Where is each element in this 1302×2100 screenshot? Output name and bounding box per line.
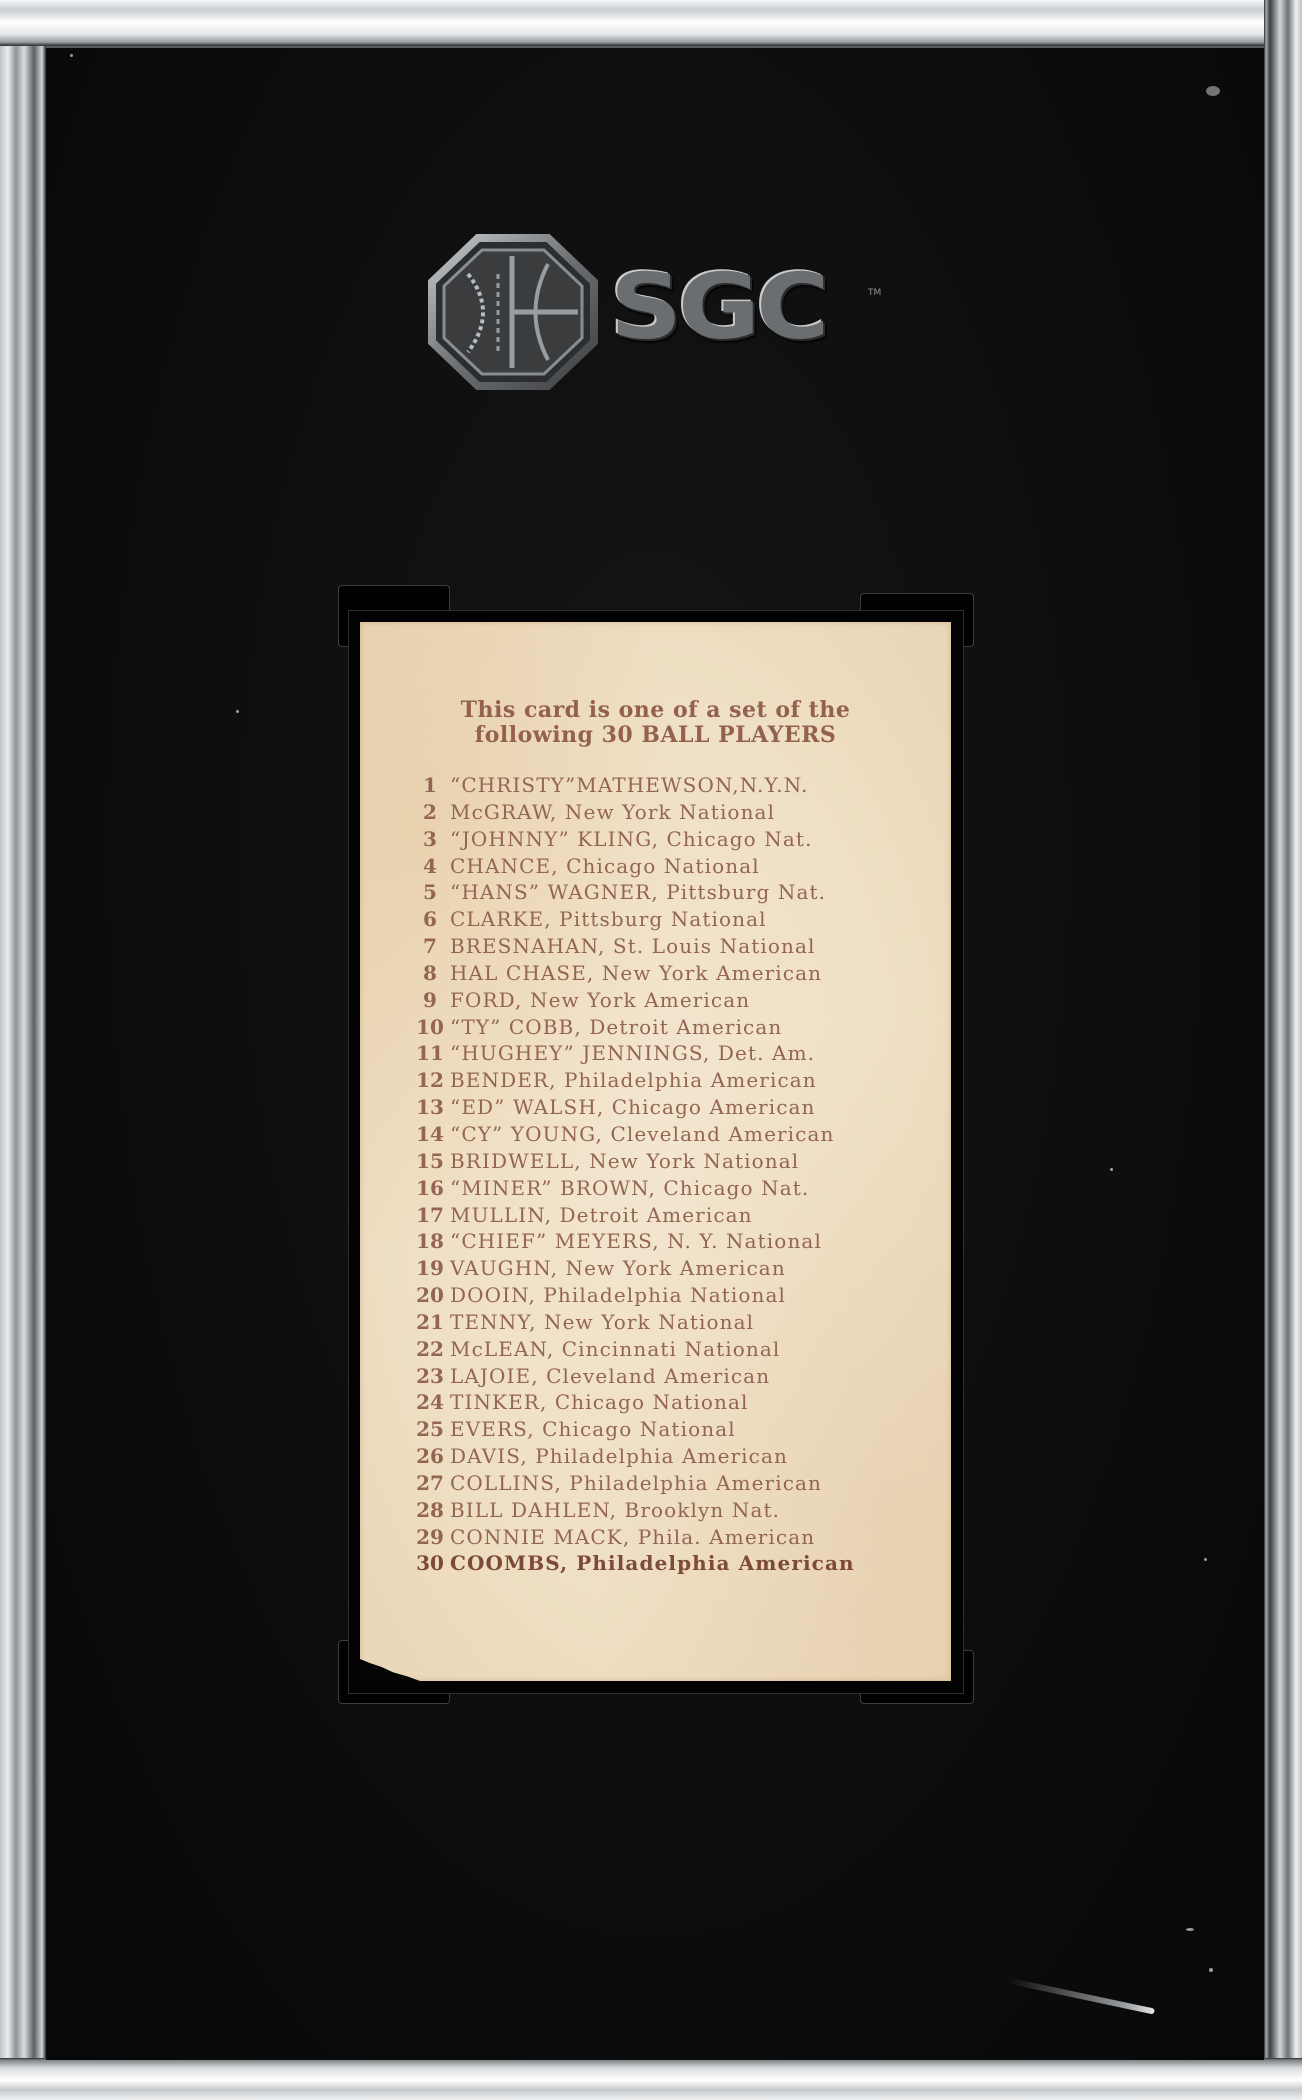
player-entry: BENDER, Philadelphia American [450,1067,817,1094]
player-number: 19 [410,1255,450,1282]
player-number: 17 [410,1202,450,1229]
player-number: 30 [410,1550,450,1577]
list-item: 25EVERS, Chicago National [410,1416,950,1443]
list-item: 2McGRAW, New York National [410,799,950,826]
list-item: 14“CY” YOUNG, Cleveland American [410,1121,950,1148]
list-item: 17MULLIN, Detroit American [410,1202,950,1229]
list-item: 21TENNY, New York National [410,1309,950,1336]
player-number: 14 [410,1121,450,1148]
player-entry: “HUGHEY” JENNINGS, Det. Am. [450,1040,815,1067]
dust-speck [1209,1968,1213,1972]
sgc-logo: SGC TM [428,234,878,390]
player-entry: “HANS” WAGNER, Pittsburg Nat. [450,879,826,906]
player-number: 8 [410,960,450,987]
slab-right-edge [1264,0,1302,2100]
player-entry: DOOIN, Philadelphia National [450,1282,786,1309]
player-entry: DAVIS, Philadelphia American [450,1443,788,1470]
list-item: 9FORD, New York American [410,987,950,1014]
player-entry: “CY” YOUNG, Cleveland American [450,1121,834,1148]
slab-bottom-edge [0,2058,1302,2100]
player-number: 16 [410,1175,450,1202]
list-item: 28BILL DAHLEN, Brooklyn Nat. [410,1497,950,1524]
player-entry: CLARKE, Pittsburg National [450,906,767,933]
player-entry: CONNIE MACK, Phila. American [450,1524,815,1551]
graded-card-slab: SGC TM This card is one of a set of the … [0,0,1302,2100]
player-number: 21 [410,1309,450,1336]
dust-speck [70,54,73,57]
list-item: 13“ED” WALSH, Chicago American [410,1094,950,1121]
player-number: 26 [410,1443,450,1470]
player-number: 15 [410,1148,450,1175]
corner-wear-chip [360,1659,420,1681]
player-entry: TENNY, New York National [450,1309,754,1336]
player-entry: FORD, New York American [450,987,750,1014]
dust-speck [1206,86,1220,96]
player-number: 22 [410,1336,450,1363]
player-number: 18 [410,1228,450,1255]
player-number: 10 [410,1014,450,1041]
dust-speck [1110,1168,1113,1171]
player-entry: “TY” COBB, Detroit American [450,1014,782,1041]
player-entry: LAJOIE, Cleveland American [450,1363,770,1390]
player-number: 6 [410,906,450,933]
dust-speck [1186,1928,1194,1931]
player-entry: McGRAW, New York National [450,799,775,826]
sgc-wordmark: SGC [610,262,826,352]
list-item: 1“CHRISTY”MATHEWSON,N.Y.N. [410,772,950,799]
player-entry: BRIDWELL, New York National [450,1148,799,1175]
list-item: 8HAL CHASE, New York American [410,960,950,987]
list-item: 27COLLINS, Philadelphia American [410,1470,950,1497]
list-item: 6CLARKE, Pittsburg National [410,906,950,933]
glare-streak [1007,1977,1155,2014]
dust-speck [236,710,239,713]
list-item: 5“HANS” WAGNER, Pittsburg Nat. [410,879,950,906]
slab-top-edge [0,0,1302,46]
header-line-1: This card is one of a set of the [360,698,951,723]
list-item: 23LAJOIE, Cleveland American [410,1363,950,1390]
list-item: 12BENDER, Philadelphia American [410,1067,950,1094]
list-item: 26DAVIS, Philadelphia American [410,1443,950,1470]
player-number: 7 [410,933,450,960]
list-item: 16“MINER” BROWN, Chicago Nat. [410,1175,950,1202]
player-number: 13 [410,1094,450,1121]
player-entry: “JOHNNY” KLING, Chicago Nat. [450,826,812,853]
list-item: 4CHANCE, Chicago National [410,853,950,880]
list-item: 7BRESNAHAN, St. Louis National [410,933,950,960]
list-item: 30COOMBS, Philadelphia American [410,1550,950,1577]
player-number: 1 [410,772,450,799]
player-number: 9 [410,987,450,1014]
player-entry: “MINER” BROWN, Chicago Nat. [450,1175,809,1202]
player-number: 12 [410,1067,450,1094]
player-entry: “CHIEF” MEYERS, N. Y. National [450,1228,822,1255]
player-number: 24 [410,1389,450,1416]
player-number: 4 [410,853,450,880]
list-item: 29CONNIE MACK, Phila. American [410,1524,950,1551]
player-entry: McLEAN, Cincinnati National [450,1336,780,1363]
list-item: 3“JOHNNY” KLING, Chicago Nat. [410,826,950,853]
list-item: 22McLEAN, Cincinnati National [410,1336,950,1363]
player-entry: COLLINS, Philadelphia American [450,1470,822,1497]
player-number: 29 [410,1524,450,1551]
list-item: 24TINKER, Chicago National [410,1389,950,1416]
player-entry: BILL DAHLEN, Brooklyn Nat. [450,1497,780,1524]
player-number: 3 [410,826,450,853]
player-number: 5 [410,879,450,906]
player-entry: “ED” WALSH, Chicago American [450,1094,816,1121]
player-entry: VAUGHN, New York American [450,1255,786,1282]
card-header: This card is one of a set of the followi… [360,698,951,748]
player-number: 2 [410,799,450,826]
player-number: 20 [410,1282,450,1309]
player-number: 28 [410,1497,450,1524]
player-entry: COOMBS, Philadelphia American [450,1550,855,1577]
list-item: 20DOOIN, Philadelphia National [410,1282,950,1309]
player-entry: TINKER, Chicago National [450,1389,748,1416]
player-entry: EVERS, Chicago National [450,1416,736,1443]
dust-speck [1204,1558,1207,1561]
player-checklist: 1“CHRISTY”MATHEWSON,N.Y.N. 2McGRAW, New … [410,772,950,1577]
list-item: 19VAUGHN, New York American [410,1255,950,1282]
player-entry: BRESNAHAN, St. Louis National [450,933,816,960]
player-number: 23 [410,1363,450,1390]
list-item: 15BRIDWELL, New York National [410,1148,950,1175]
player-number: 25 [410,1416,450,1443]
player-entry: “CHRISTY”MATHEWSON,N.Y.N. [450,772,808,799]
player-entry: MULLIN, Detroit American [450,1202,753,1229]
player-entry: HAL CHASE, New York American [450,960,822,987]
player-number: 11 [410,1040,450,1067]
list-item: 10“TY” COBB, Detroit American [410,1014,950,1041]
trademark-mark: TM [868,288,881,298]
list-item: 18“CHIEF” MEYERS, N. Y. National [410,1228,950,1255]
player-number: 27 [410,1470,450,1497]
player-entry: CHANCE, Chicago National [450,853,760,880]
trading-card-back: This card is one of a set of the followi… [360,622,951,1681]
list-item: 11“HUGHEY” JENNINGS, Det. Am. [410,1040,950,1067]
baseball-basketball-hexagon-icon [428,234,598,390]
header-line-2: following 30 BALL PLAYERS [360,723,951,748]
